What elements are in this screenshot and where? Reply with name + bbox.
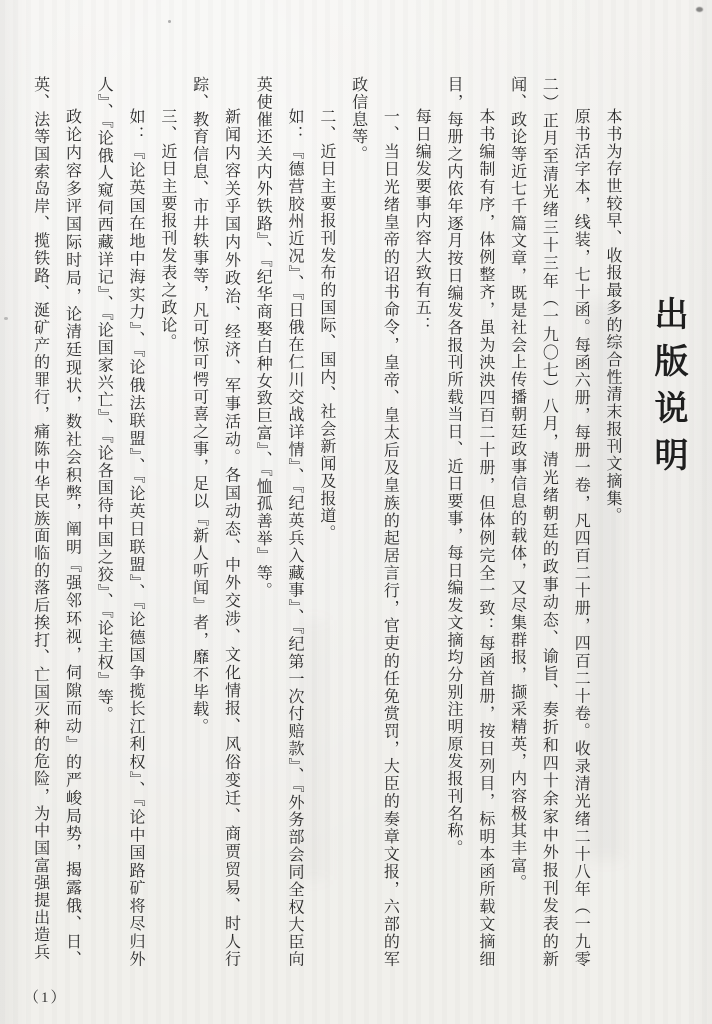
paragraph: 本书为存世较早、收报最多的综合性清末报刊文摘集。 [596,76,628,968]
scanned-book-page: 出版说明 本书为存世较早、收报最多的综合性清末报刊文摘集。 原书活字本，线装，七… [0,0,712,1024]
paragraph: 本书编制有序，体例整齐，虽为泱泱四百二十册，但体例完全一致：每函首册，按日列目，… [437,76,501,968]
scan-speck [696,7,703,12]
paragraph: 政论内容多评国际时局，论清廷现状，数社会积弊，阐明『强邻环视，伺隙而动』的严峻局… [24,76,88,968]
paragraph: 二、近日主要报刊发布的国际、国内、社会新闻及报道。 [310,76,342,968]
page-number: （1） [24,986,68,1007]
body-text: 本书为存世较早、收报最多的综合性清末报刊文摘集。 原书活字本，线装，七十函。每函… [22,76,628,968]
page-title: 出版说明 [644,296,693,484]
paragraph: 新闻内容关乎国内外政治、经济、军事活动。各国动态、中外交涉、文化情报、风俗变迁、… [183,76,247,968]
paragraph: 每日编发要事内容大致有五： [405,76,437,968]
paragraph: 一、当日光绪皇帝的诏书命令，皇帝、皇太后及皇族的起居言行，官吏的任免赏罚，大臣的… [342,76,406,968]
scan-speck [4,317,8,320]
paragraph: 原书活字本，线装，七十函。每函六册，每册一卷，凡四百二十册，四百二十卷。收录清光… [501,76,596,968]
paragraph: 如：『德营胶州近况』、『日俄在仁川交战详情』、『纪英兵入藏事』、『纪第一次付赔款… [246,76,310,968]
scan-speck [168,20,171,23]
paragraph: 三、近日主要报刊发表之政论。 [151,76,183,968]
paragraph: 如：『论英国在地中海实力』、『论俄法联盟』、『论英日联盟』、『论德国争揽长江利权… [87,76,151,968]
